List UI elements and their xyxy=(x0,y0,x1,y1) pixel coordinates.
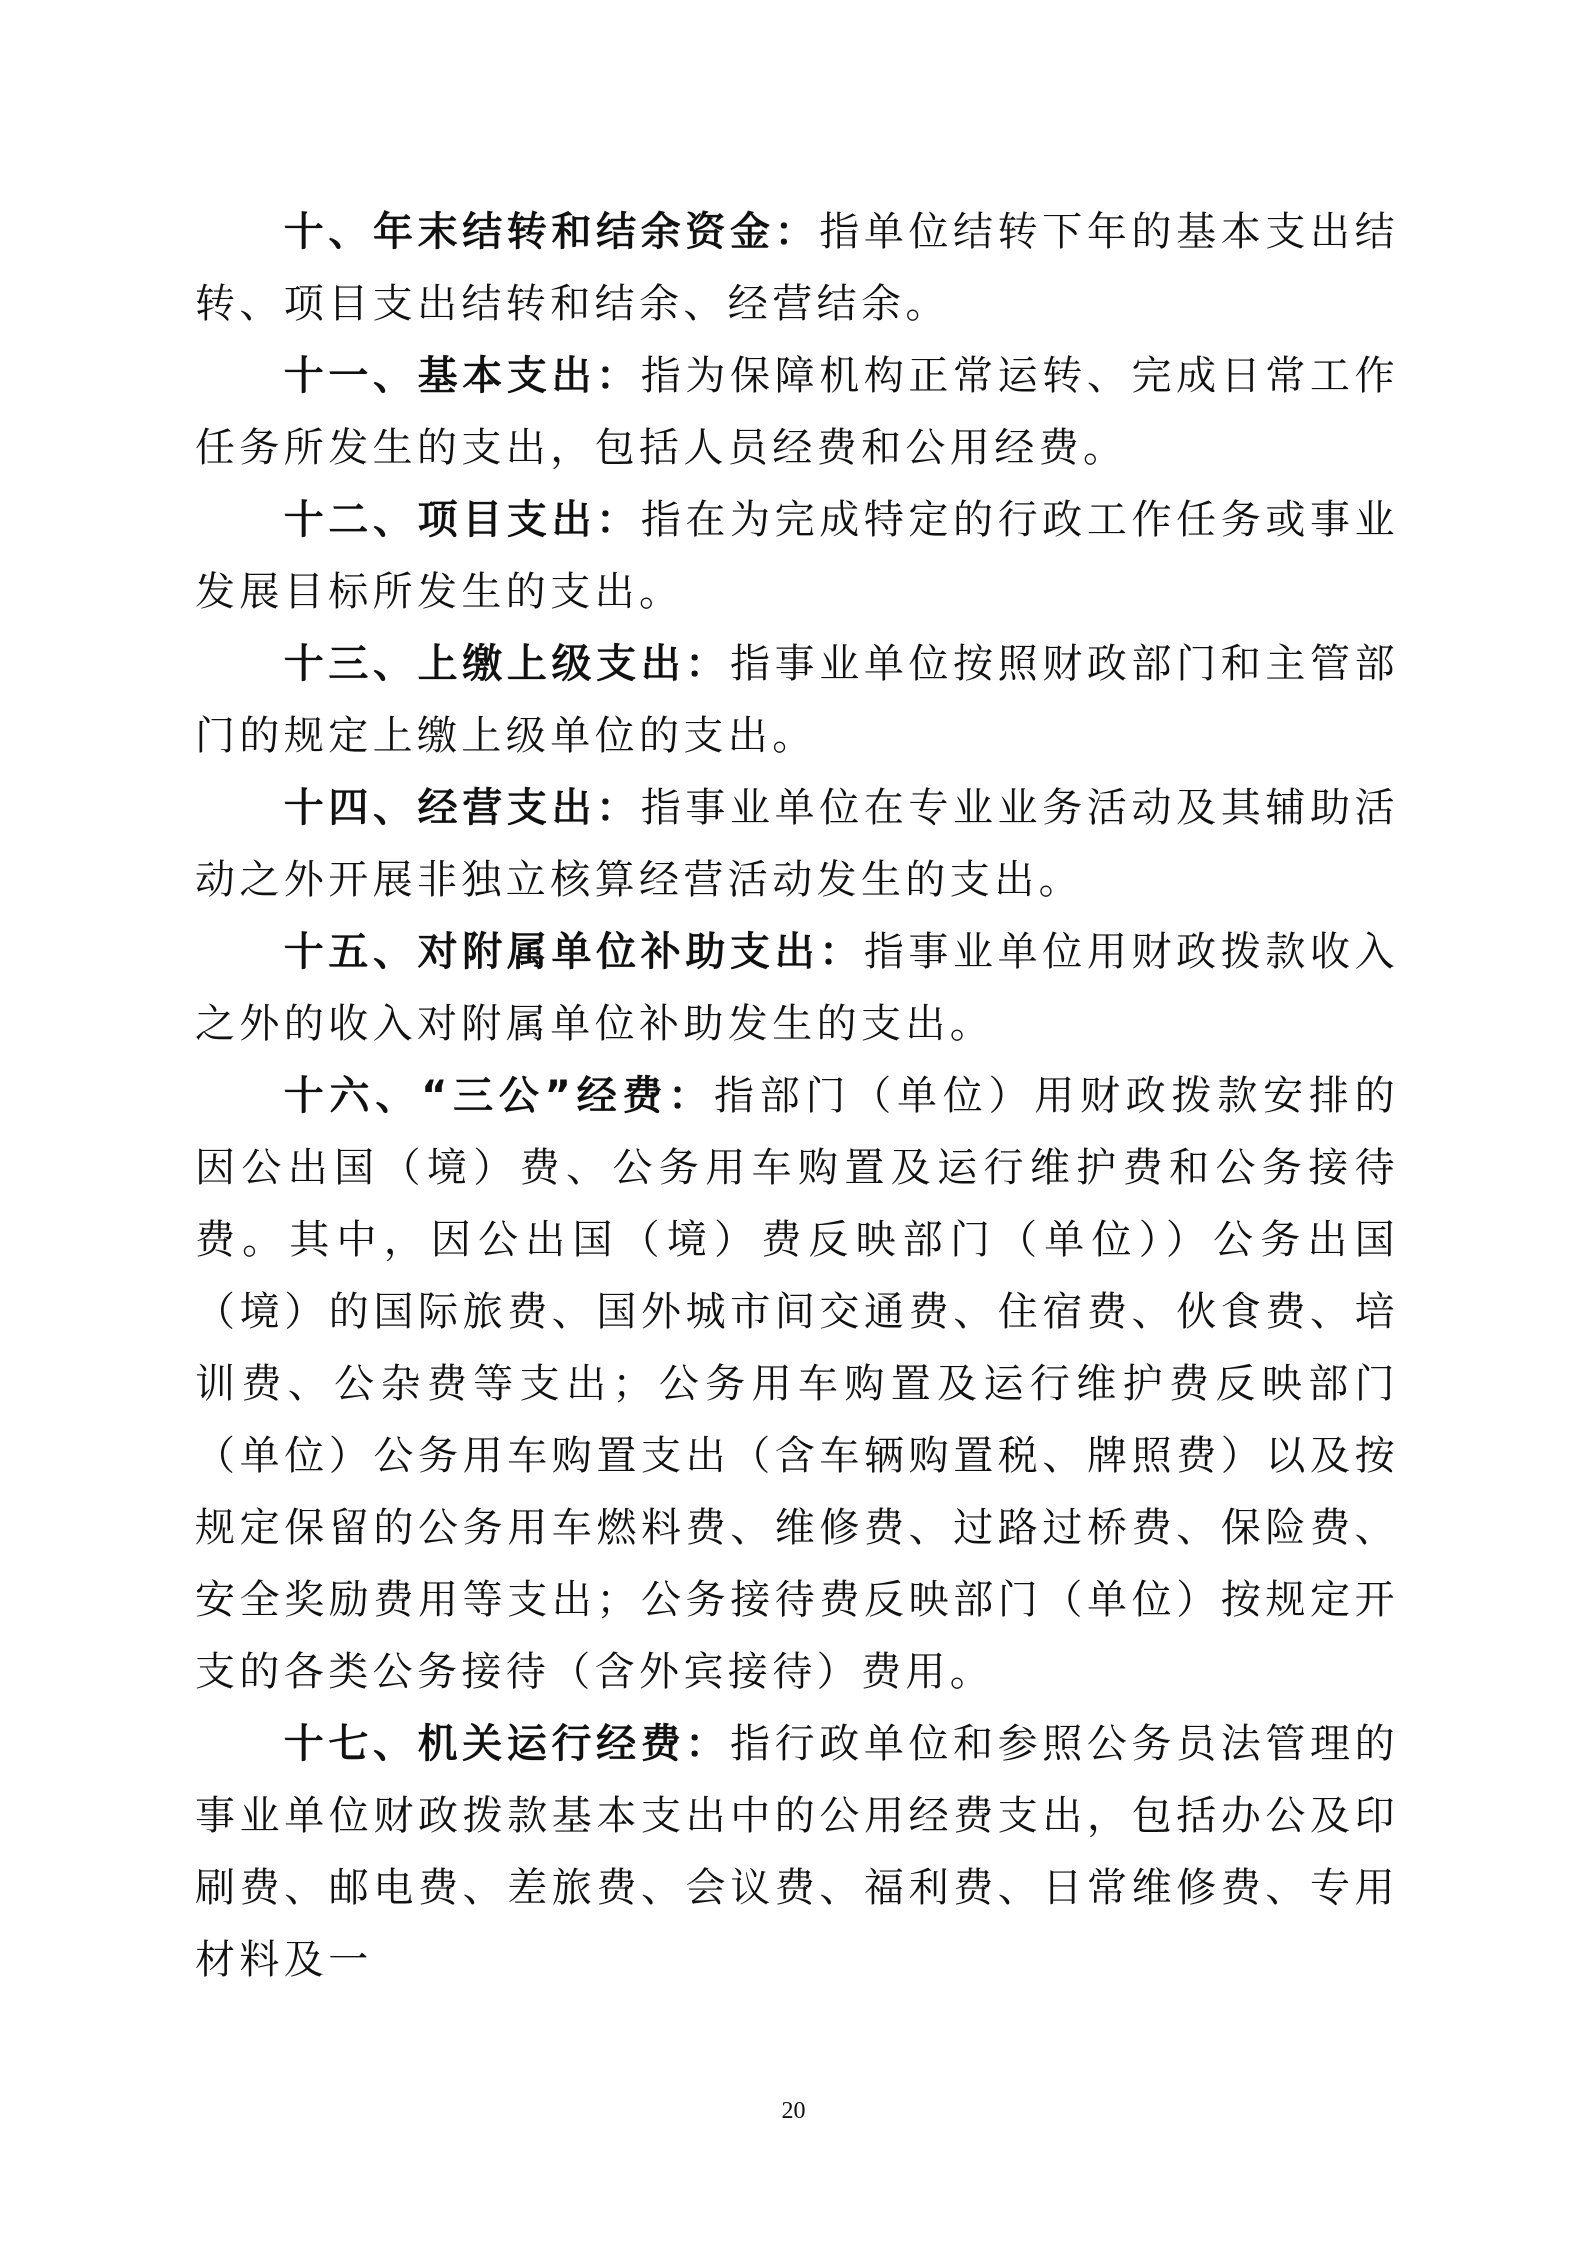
glossary-item-agency-operating-funds: 十七、机关运行经费：指行政单位和参照公务员法管理的事业单位财政拨款基本支出中的公… xyxy=(195,1708,1399,1996)
glossary-item-three-public-expenses: 十六、“三公”经费：指部门（单位）用财政拨款安排的因公出国（境）费、公务用车购置… xyxy=(195,1060,1399,1708)
glossary-term: 十五、对附属单位补助支出： xyxy=(284,929,864,975)
page-number: 20 xyxy=(0,2096,1587,2126)
glossary-term: 十六、“三公”经费： xyxy=(284,1073,714,1119)
glossary-item-basic-expenditure: 十一、基本支出：指为保障机构正常运转、完成日常工作任务所发生的支出，包括人员经费… xyxy=(195,340,1399,484)
glossary-item-operating-expenditure: 十四、经营支出：指事业单位在专业业务活动及其辅助活动之外开展非独立核算经营活动发… xyxy=(195,772,1399,916)
glossary-term: 十三、上缴上级支出： xyxy=(284,641,730,687)
glossary-term: 十四、经营支出： xyxy=(284,785,641,831)
glossary-term: 十、年末结转和结余资金： xyxy=(284,209,819,255)
glossary-term: 十二、项目支出： xyxy=(284,497,641,543)
glossary-section: 十、年末结转和结余资金：指单位结转下年的基本支出结转、项目支出结转和结余、经营结… xyxy=(195,196,1399,1996)
glossary-item-year-end-carryover: 十、年末结转和结余资金：指单位结转下年的基本支出结转、项目支出结转和结余、经营结… xyxy=(195,196,1399,340)
document-page: 十、年末结转和结余资金：指单位结转下年的基本支出结转、项目支出结转和结余、经营结… xyxy=(0,0,1587,2245)
glossary-term: 十一、基本支出： xyxy=(284,353,641,399)
glossary-item-remittance-to-superior: 十三、上缴上级支出：指事业单位按照财政部门和主管部门的规定上缴上级单位的支出。 xyxy=(195,628,1399,772)
glossary-item-project-expenditure: 十二、项目支出：指在为完成特定的行政工作任务或事业发展目标所发生的支出。 xyxy=(195,484,1399,628)
glossary-term: 十七、机关运行经费： xyxy=(284,1721,730,1767)
glossary-item-subsidy-to-affiliates: 十五、对附属单位补助支出：指事业单位用财政拨款收入之外的收入对附属单位补助发生的… xyxy=(195,916,1399,1060)
glossary-definition: 指部门（单位）用财政拨款安排的因公出国（境）费、公务用车购置及运行维护费和公务接… xyxy=(195,1073,1399,1695)
